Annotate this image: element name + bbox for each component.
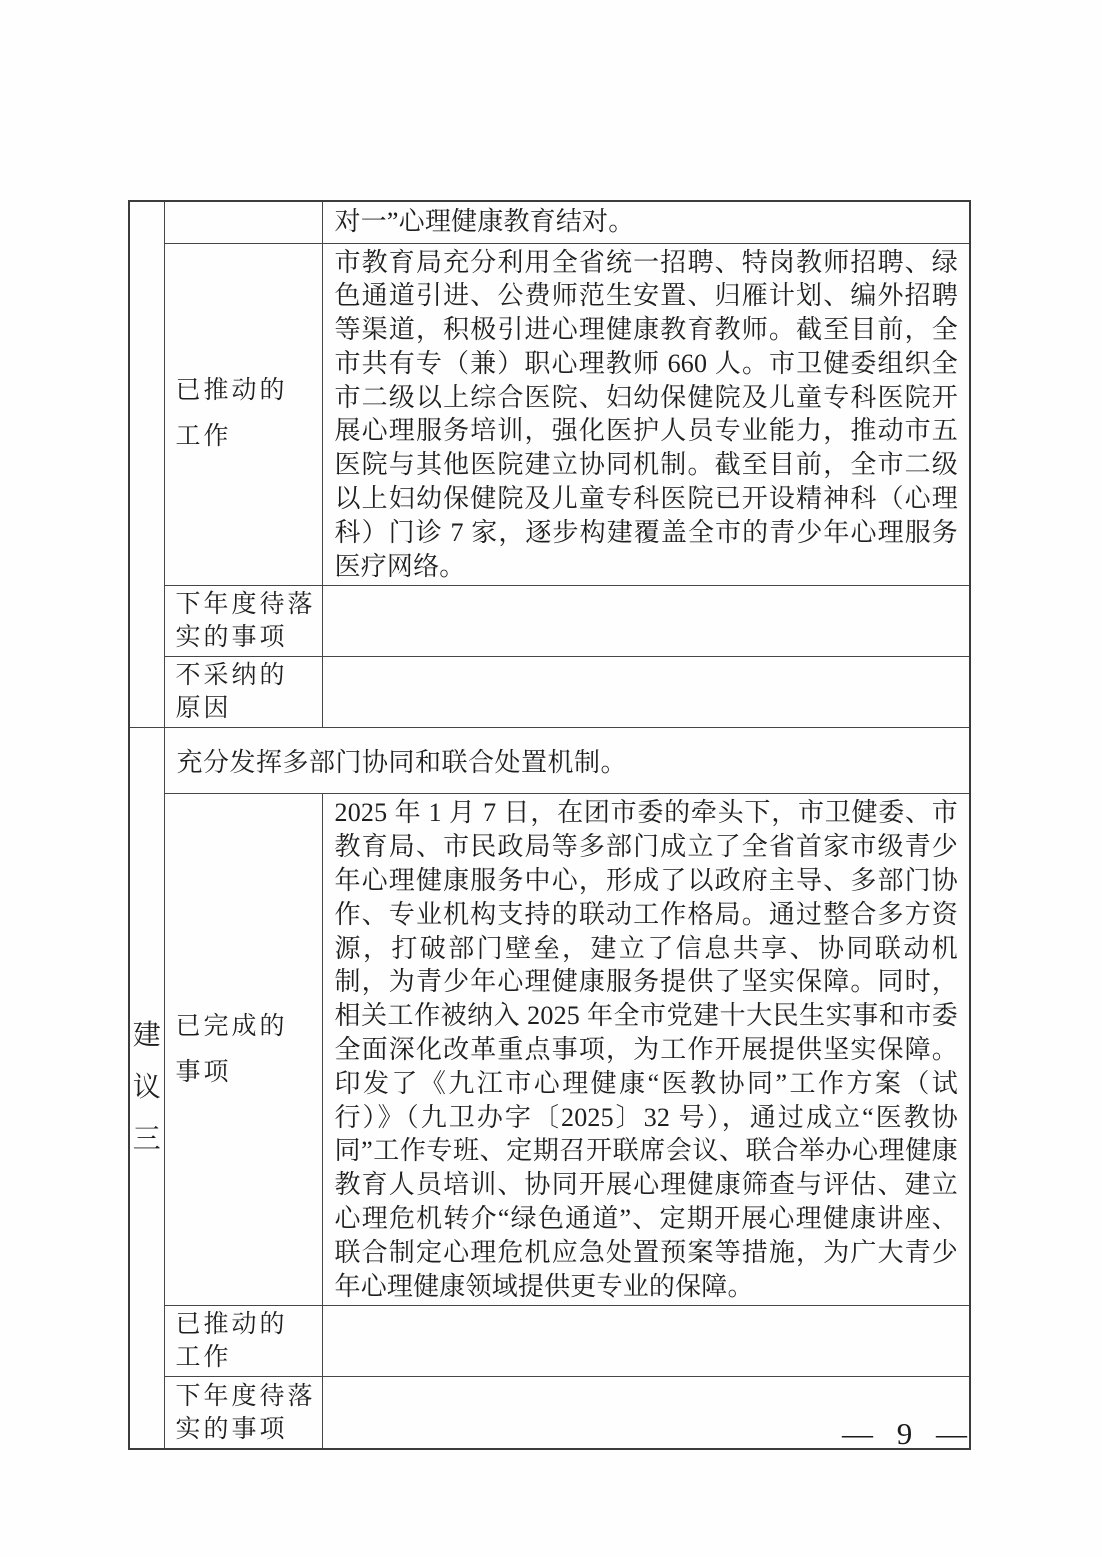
row-label-next-year-items: 下年度待落 实的事项 bbox=[164, 586, 322, 657]
table-row: 下年度待落 实的事项 bbox=[129, 586, 970, 657]
table-row: 对一”心理健康教育结对。 bbox=[129, 201, 970, 243]
row-label-promoted-work-2: 已推动的 工作 bbox=[164, 1306, 322, 1377]
table-row: 不采纳的 原因 bbox=[129, 657, 970, 728]
row-label-empty bbox=[164, 201, 322, 243]
scanned-document-page: 对一”心理健康教育结对。 已推动的 工作 市教育局充分利用全省统一招聘、特岗教师… bbox=[0, 0, 1102, 1557]
continuation-text: 对一”心理健康教育结对。 bbox=[322, 201, 970, 243]
section2-label: 建议三 bbox=[129, 728, 164, 1449]
row-content-promoted-work: 市教育局充分利用全省统一招聘、特岗教师招聘、绿色通道引进、公费师范生安置、归雁计… bbox=[322, 243, 970, 586]
row-content-not-adopted-reason bbox=[322, 657, 970, 728]
row-label-not-adopted-reason: 不采纳的 原因 bbox=[164, 657, 322, 728]
row-content-promoted-work-2 bbox=[322, 1306, 970, 1377]
suggestion-text: 充分发挥多部门协同和联合处置机制。 bbox=[164, 728, 970, 794]
row-label-promoted-work: 已推动的 工作 bbox=[164, 243, 322, 586]
table-row: 建议三 充分发挥多部门协同和联合处置机制。 bbox=[129, 728, 970, 794]
row-label-completed-items: 已完成的 事项 bbox=[164, 794, 322, 1306]
table-row: 已推动的 工作 市教育局充分利用全省统一招聘、特岗教师招聘、绿色通道引进、公费师… bbox=[129, 243, 970, 586]
table-row: 已完成的 事项 2025 年 1 月 7 日，在团市委的牵头下，市卫健委、市教育… bbox=[129, 794, 970, 1306]
table-row: 已推动的 工作 bbox=[129, 1306, 970, 1377]
row-content-completed-items: 2025 年 1 月 7 日，在团市委的牵头下，市卫健委、市教育局、市民政局等多… bbox=[322, 794, 970, 1306]
row-label-next-year-items-2: 下年度待落 实的事项 bbox=[164, 1377, 322, 1449]
row-content-next-year-items bbox=[322, 586, 970, 657]
feedback-table: 对一”心理健康教育结对。 已推动的 工作 市教育局充分利用全省统一招聘、特岗教师… bbox=[128, 200, 971, 1450]
page-number: — 9 — bbox=[842, 1416, 975, 1452]
section1-label-cell bbox=[129, 201, 164, 728]
